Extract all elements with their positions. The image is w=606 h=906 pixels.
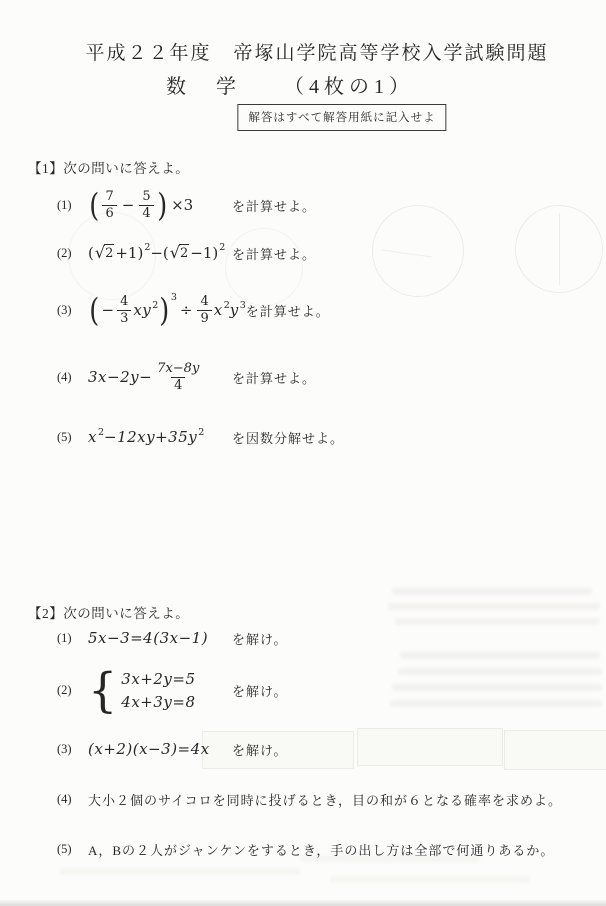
equation-system: { 3x+2y=5 4x+3y=8 [88, 667, 195, 713]
formula: (√2+1)2−(√2−1)2 [88, 244, 232, 263]
bleedthrough-box [357, 728, 503, 766]
bleedthrough-text-smudge [330, 876, 530, 883]
question-number: (3) [57, 303, 88, 318]
question-number: (2) [57, 246, 88, 261]
question-number: (5) [57, 842, 88, 857]
sheet-number: （4枚の1） [284, 70, 414, 99]
left-paren: ( [89, 191, 99, 220]
question-2-3: (3) (x+2)(x−3)=4x を解け。 [57, 729, 287, 769]
question-2-1: (1) 5x−3=4(3x−1) を解け。 [57, 618, 287, 658]
notice-box: 解答はすべて解答用紙に記入せよ [237, 104, 446, 131]
fraction: 7x−8y4 [154, 361, 202, 393]
bleedthrough-box [504, 730, 606, 770]
exam-era-year: 平成２２年度 [85, 38, 211, 65]
minus-sign: − [122, 196, 135, 214]
question-number: (5) [57, 430, 88, 445]
question-1-1: (1) ( 76 − 54 ) ×3 を計算せよ。 [57, 185, 316, 225]
task-label: を因数分解せよ。 [232, 428, 344, 447]
task-label: を計算せよ。 [232, 368, 316, 387]
fraction: 43 [117, 294, 131, 326]
system-brace: { [88, 667, 117, 714]
minus-sign: − [101, 301, 114, 319]
equation-line: 4x+3y=8 [121, 693, 195, 711]
bleedthrough-text-smudge [392, 684, 602, 691]
exponent: 3 [240, 300, 246, 311]
clock-hand [382, 249, 431, 257]
divide-sign: ÷ [180, 301, 193, 319]
right-paren: ) [160, 296, 170, 325]
fraction: 49 [197, 294, 211, 326]
question-text: A，Bの２人がジャンケンをするとき，手の出し方は全部で何通りあるか。 [88, 840, 554, 859]
bleedthrough-text-smudge [388, 603, 600, 610]
bleedthrough-text-smudge [390, 700, 602, 707]
task-label: を解け。 [232, 740, 287, 759]
left-paren: ( [89, 296, 99, 325]
exam-name: 帝塚山学院高等学校入学試験問題 [234, 38, 549, 65]
exponent: 3 [171, 292, 177, 303]
question-2-5: (5) A，Bの２人がジャンケンをするとき，手の出し方は全部で何通りあるか。 [57, 829, 554, 869]
question-number: (3) [57, 742, 88, 757]
question-1-2: (2) (√2+1)2−(√2−1)2 を計算せよ。 [57, 233, 316, 273]
task-label: を計算せよ。 [246, 301, 330, 320]
subject-line: 数 学 （4枚の1） [0, 70, 593, 99]
question-1-3: (3) ( − 43 xy2 )3 ÷ 49 x2y3 を計算せよ。 [57, 290, 330, 330]
equation-line: 3x+2y=5 [121, 670, 195, 688]
formula: (x+2)(x−3)=4x [88, 740, 232, 758]
question-1-5: (5) x2−12xy+35y2 を因数分解せよ。 [57, 417, 344, 457]
exponent: 2 [144, 242, 150, 253]
formula: ( 76 − 54 ) ×3 [88, 189, 232, 221]
task-label: を計算せよ。 [232, 244, 316, 263]
exponent: 2 [219, 242, 225, 253]
fraction: 54 [139, 189, 153, 221]
exponent: 2 [98, 427, 104, 438]
formula: ( − 43 xy2 )3 ÷ 49 x2y3 [88, 294, 246, 326]
subject-label: 数 学 [166, 70, 241, 99]
exponent: 2 [198, 427, 204, 438]
exam-page: 平成２２年度 帝塚山学院高等学校入学試験問題 数 学 （4枚の1） 解答はすべて… [0, 0, 606, 906]
question-number: (4) [57, 792, 88, 807]
scan-edge-shadow [0, 899, 606, 906]
task-label: を解け。 [232, 681, 287, 700]
square-root: √2 [170, 244, 189, 263]
question-number: (4) [57, 370, 88, 385]
right-paren: ) [157, 191, 167, 220]
question-number: (1) [57, 198, 88, 213]
section-1-heading: 【1】次の問いに答えよ。 [28, 157, 189, 177]
formula: x2−12xy+35y2 [88, 428, 232, 446]
bleedthrough-text-smudge [392, 588, 592, 595]
clock-hand [559, 213, 560, 285]
fraction: 76 [102, 189, 116, 221]
task-label: を解け。 [232, 629, 287, 648]
exponent: 2 [152, 300, 158, 311]
question-number: (2) [57, 683, 88, 698]
exponent: 2 [224, 300, 230, 311]
bleedthrough-text-smudge [60, 868, 300, 875]
question-1-4: (4) 3x−2y− 7x−8y4 を計算せよ。 [57, 357, 316, 397]
bleedthrough-clock [372, 205, 464, 297]
question-number: (1) [57, 631, 88, 646]
square-root: √2 [95, 244, 114, 263]
exam-title-line: 平成２２年度 帝塚山学院高等学校入学試験問題 [14, 38, 606, 65]
bleedthrough-clock [515, 205, 603, 293]
notice-text: 解答はすべて解答用紙に記入せよ [248, 112, 435, 124]
question-2-2: (2) { 3x+2y=5 4x+3y=8 を解け。 [57, 665, 287, 715]
bleedthrough-text-smudge [395, 618, 600, 625]
formula: 3x−2y− 7x−8y4 [88, 361, 232, 393]
times-three: ×3 [171, 196, 193, 214]
bleedthrough-text-smudge [398, 668, 602, 675]
bleedthrough-text-smudge [400, 652, 600, 659]
question-2-4: (4) 大小２個のサイコロを同時に投げるとき，目の和が６となる確率を求めよ。 [57, 779, 562, 819]
formula: 5x−3=4(3x−1) [88, 629, 232, 647]
question-text: 大小２個のサイコロを同時に投げるとき，目の和が６となる確率を求めよ。 [88, 790, 562, 809]
task-label: を計算せよ。 [232, 196, 316, 215]
formula: { 3x+2y=5 4x+3y=8 [88, 667, 232, 713]
